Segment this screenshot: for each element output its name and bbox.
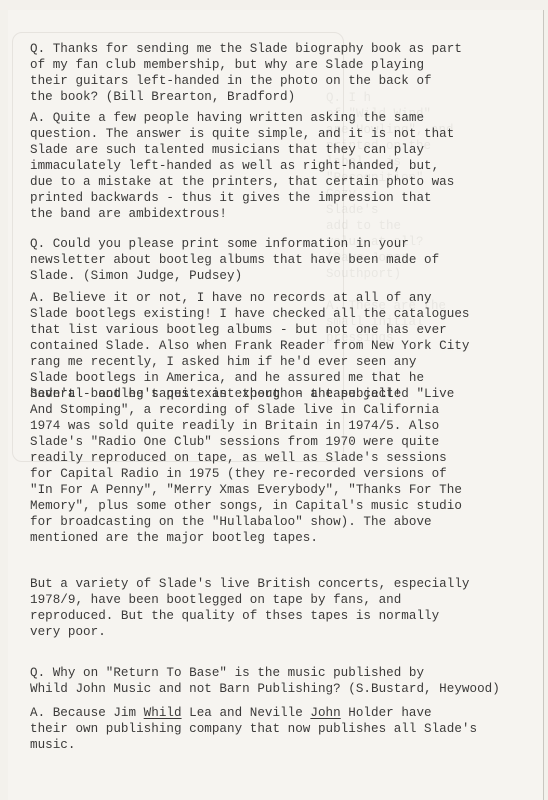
text-line: And Stomping", a recording of Slade live… (30, 402, 462, 418)
text-line: 1974 was sold quite readily in Britain i… (30, 418, 462, 434)
text-line: rang me recently, I asked him if he'd ev… (30, 354, 470, 370)
text-line: their own publishing company that now pu… (30, 721, 477, 737)
text-line: for Capital Radio in 1975 (they re-recor… (30, 466, 462, 482)
text-line: due to a mistake at the printers, that c… (30, 174, 454, 190)
text-line: But a variety of Slade's live British co… (30, 576, 470, 592)
text-line: reproduced. But the quality of thses tap… (30, 608, 470, 624)
text-line: that list various bootleg albums - but n… (30, 322, 470, 338)
text-line: newsletter about bootleg albums that hav… (30, 252, 439, 268)
text-line: Memory", plus some other songs, in Capit… (30, 498, 462, 514)
text-line: contained Slade. Also when Frank Reader … (30, 338, 470, 354)
question-bootleg-biography-photo: Q. Thanks for sending me the Slade biogr… (30, 41, 462, 105)
underlined-name: Whild (144, 706, 182, 720)
text-line: Slade bootlegs in America, and he assure… (30, 370, 470, 386)
answer-live-concerts: But a variety of Slade's live British co… (30, 576, 470, 640)
text-line: immaculately left-handed as well as righ… (30, 158, 454, 174)
answer-publishing: A. Because Jim Whild Lea and Neville Joh… (30, 705, 477, 753)
text-line: readily reproduced on tape, as well as S… (30, 450, 462, 466)
text-line: of my fan club membership, but why are S… (30, 57, 462, 73)
text-line: question. The answer is quite simple, an… (30, 126, 454, 142)
text-line: Whild John Music and not Barn Publishing… (30, 681, 500, 697)
underlined-name: John (310, 706, 340, 720)
text-line: A. Because Jim Whild Lea and Neville Joh… (30, 705, 477, 721)
text-line: Q. Why on "Return To Base" is the music … (30, 665, 500, 681)
text-line: their guitars left-handed in the photo o… (30, 73, 462, 89)
answer-bootleg-tapes: Several bootleg tapes exist though - a t… (30, 386, 462, 546)
text-line: printed backwards - thus it gives the im… (30, 190, 454, 206)
text-line: mentioned are the major bootleg tapes. (30, 530, 462, 546)
text-line: the band are ambidextrous! (30, 206, 454, 222)
text-line: Slade are such talented musicians that t… (30, 142, 454, 158)
text-line: Slade. (Simon Judge, Pudsey) (30, 268, 439, 284)
question-publishing: Q. Why on "Return To Base" is the music … (30, 665, 500, 697)
text-line: the book? (Bill Brearton, Bradford) (30, 89, 462, 105)
question-bootleg-albums: Q. Could you please print some informati… (30, 236, 439, 284)
text-line: Q. Could you please print some informati… (30, 236, 439, 252)
text-line: 1978/9, have been bootlegged on tape by … (30, 592, 470, 608)
answer-biography-photo: A. Quite a few people having written ask… (30, 110, 454, 222)
text-line: Slade's "Radio One Club" sessions from 1… (30, 434, 462, 450)
text-line: very poor. (30, 624, 470, 640)
text-line: "In For A Penny", "Merry Xmas Everybody"… (30, 482, 462, 498)
text-line: A. Believe it or not, I have no records … (30, 290, 470, 306)
text-line: music. (30, 737, 477, 753)
text-line: Several bootleg tapes exist though - a t… (30, 386, 462, 402)
text-line: Q. Thanks for sending me the Slade biogr… (30, 41, 462, 57)
text-line: A. Quite a few people having written ask… (30, 110, 454, 126)
text-line: Slade bootlegs existing! I have checked … (30, 306, 470, 322)
text-line: for broadcasting on the "Hullabaloo" sho… (30, 514, 462, 530)
